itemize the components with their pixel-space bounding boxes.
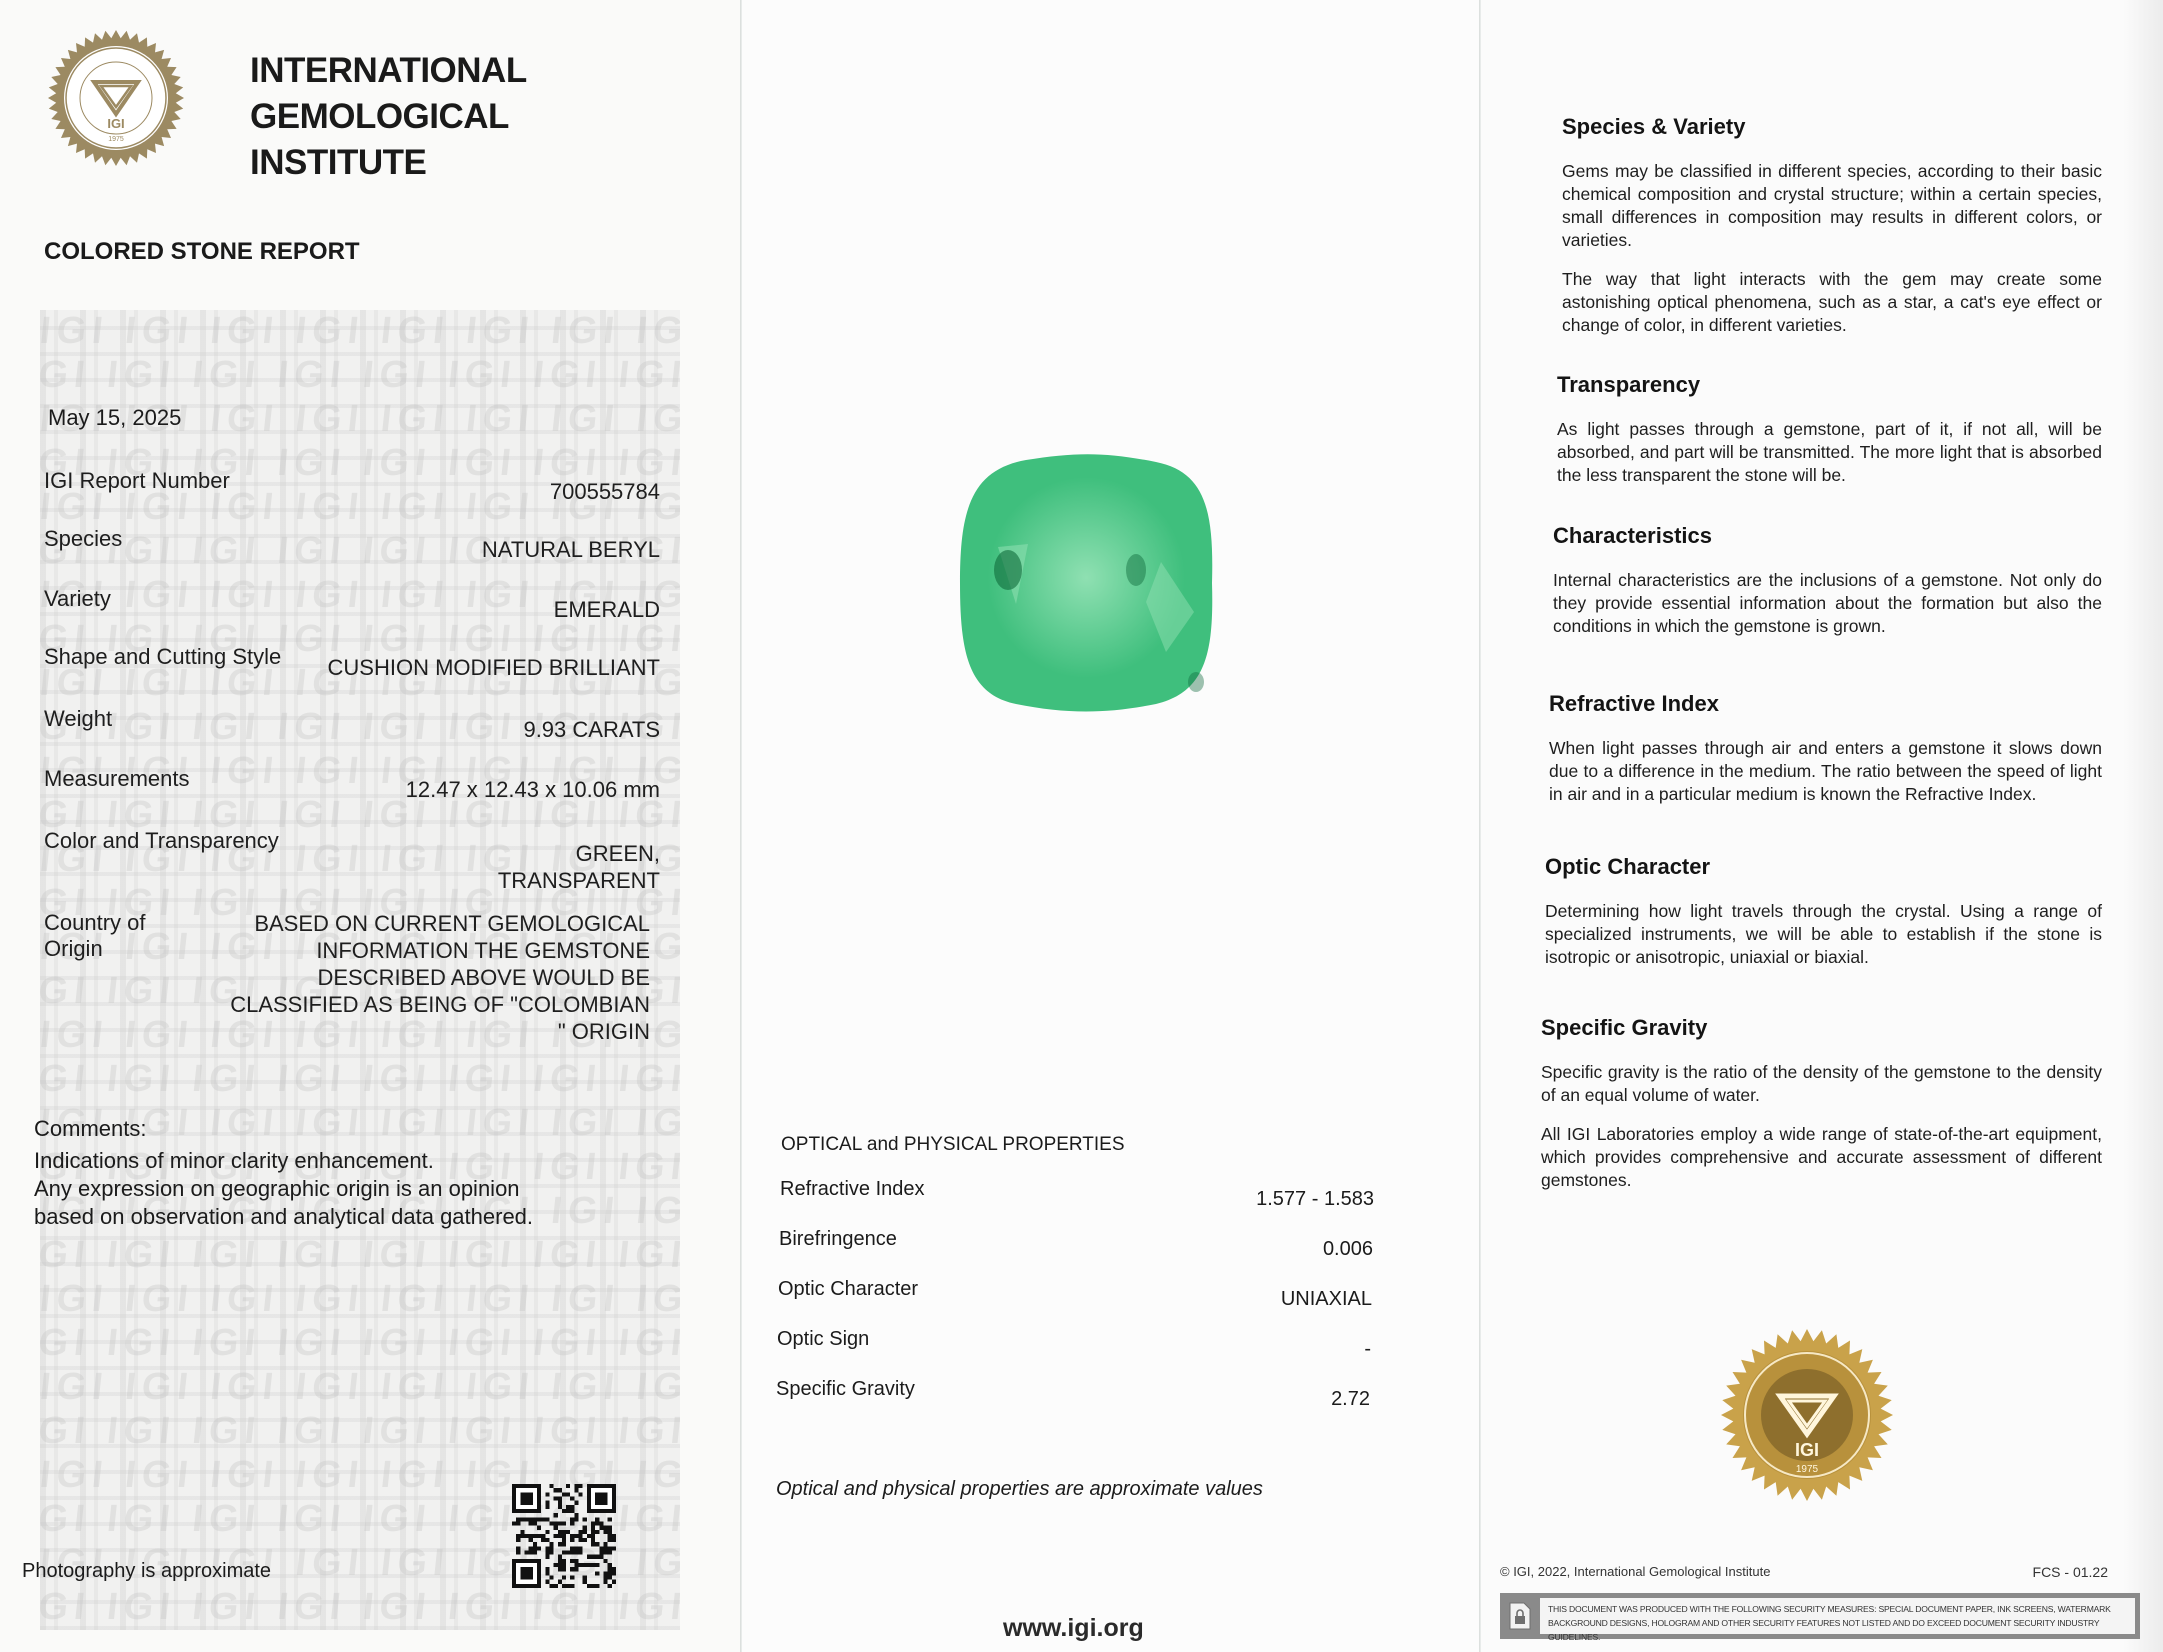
security-notice-text: THIS DOCUMENT WAS PRODUCED WITH THE FOLL…	[1540, 1598, 2135, 1634]
watermark-row: IGI IGI IGI IGI IGI IGI IGI IGI IGI IGI …	[40, 310, 680, 353]
report-field-label: Color and Transparency	[44, 828, 279, 854]
watermark-row: IGI IGI IGI IGI IGI IGI IGI IGI IGI IGI …	[40, 1234, 680, 1277]
watermark-row: IGI IGI IGI IGI IGI IGI IGI IGI IGI IGI …	[40, 1322, 680, 1365]
value-line: BASED ON CURRENT GEMOLOGICAL	[230, 910, 650, 937]
property-label: Optic Character	[778, 1278, 918, 1301]
property-value: -	[1364, 1338, 1371, 1361]
property-value: 1.577 - 1.583	[1256, 1188, 1374, 1211]
property-value: UNIAXIAL	[1281, 1288, 1372, 1311]
value-line: TRANSPARENT	[498, 867, 660, 894]
institute-name-line: GEMOLOGICAL	[250, 94, 527, 140]
igi-seal-logo-icon: IGI 1975	[46, 28, 186, 168]
report-field-value: CUSHION MODIFIED BRILLIANT	[328, 654, 660, 681]
property-label: Refractive Index	[780, 1178, 925, 1201]
glossary-heading: Characteristics	[1553, 523, 2102, 549]
website-link[interactable]: www.igi.org	[1003, 1614, 1144, 1643]
comments-title: Comments:	[34, 1115, 533, 1143]
security-line: THIS DOCUMENT WAS PRODUCED WITH THE FOLL…	[1548, 1602, 2127, 1616]
glossary-heading: Refractive Index	[1549, 691, 2102, 717]
institute-name-line: INSTITUTE	[250, 140, 527, 186]
security-notice: THIS DOCUMENT WAS PRODUCED WITH THE FOLL…	[1500, 1593, 2140, 1639]
fold-line	[1479, 0, 1481, 1652]
report-date: May 15, 2025	[48, 405, 181, 431]
property-row: Birefringence0.006	[779, 1228, 1373, 1258]
form-code: FCS - 01.22	[2033, 1564, 2108, 1580]
glossary-section: Specific GravitySpecific gravity is the …	[1541, 1015, 2102, 1208]
property-value: 0.006	[1323, 1238, 1373, 1261]
svg-text:IGI: IGI	[1795, 1440, 1819, 1460]
glossary-paragraph: When light passes through air and enters…	[1549, 737, 2102, 806]
svg-text:1975: 1975	[108, 136, 124, 143]
report-field-value: 12.47 x 12.43 x 10.06 mm	[406, 776, 660, 803]
institute-name-line: INTERNATIONAL	[250, 48, 527, 94]
svg-text:IGI: IGI	[107, 116, 124, 131]
report-title: COLORED STONE REPORT	[44, 238, 360, 266]
value-line: " ORIGIN	[230, 1018, 650, 1045]
properties-title: OPTICAL and PHYSICAL PROPERTIES	[781, 1134, 1125, 1156]
label-line: Origin	[44, 936, 146, 962]
report-field-value: 700555784	[550, 478, 660, 505]
glossary-section: Optic CharacterDetermining how light tra…	[1545, 854, 2102, 985]
property-label: Birefringence	[779, 1228, 897, 1251]
emerald-gem-photo	[956, 452, 1216, 714]
glossary-paragraph: All IGI Laboratories employ a wide range…	[1541, 1123, 2102, 1192]
property-value: 2.72	[1331, 1388, 1370, 1411]
report-field-label: IGI Report Number	[44, 468, 230, 494]
glossary-section: Species & VarietyGems may be classified …	[1562, 114, 2102, 353]
report-field-value: BASED ON CURRENT GEMOLOGICALINFORMATION …	[230, 910, 650, 1045]
watermark-row: IGI IGI IGI IGI IGI IGI IGI IGI IGI IGI …	[40, 354, 680, 397]
watermark-row: IGI IGI IGI IGI IGI IGI IGI IGI IGI IGI …	[40, 1410, 680, 1453]
report-field-label: Species	[44, 526, 122, 552]
document-lock-icon	[1508, 1601, 1532, 1631]
watermark-row: IGI IGI IGI IGI IGI IGI IGI IGI IGI IGI …	[40, 1278, 680, 1321]
institute-name: INTERNATIONAL GEMOLOGICAL INSTITUTE	[250, 48, 527, 186]
value-line: INFORMATION THE GEMSTONE	[230, 937, 650, 964]
comment-line: based on observation and analytical data…	[34, 1203, 533, 1231]
svg-text:1975: 1975	[1796, 1464, 1819, 1475]
property-row: Optic CharacterUNIAXIAL	[778, 1278, 1372, 1308]
qr-code-icon[interactable]	[512, 1484, 616, 1588]
report-field-value: NATURAL BERYL	[482, 536, 660, 563]
glossary-heading: Optic Character	[1545, 854, 2102, 880]
comments-block: Comments: Indications of minor clarity e…	[34, 1115, 533, 1231]
property-row: Optic Sign-	[777, 1328, 1371, 1358]
security-line: BACKGROUND DESIGNS, HOLOGRAM AND OTHER S…	[1548, 1616, 2127, 1644]
glossary-paragraph: Internal characteristics are the inclusi…	[1553, 569, 2102, 638]
report-field-label: Weight	[44, 706, 112, 732]
photography-note: Photography is approximate	[22, 1560, 271, 1583]
glossary-paragraph: Gems may be classified in different spec…	[1562, 160, 2102, 252]
properties-note: Optical and physical properties are appr…	[776, 1478, 1263, 1501]
report-field-label: Variety	[44, 586, 111, 612]
value-line: DESCRIBED ABOVE WOULD BE	[230, 964, 650, 991]
page-edge-shadow	[2123, 0, 2163, 1652]
glossary-section: Refractive IndexWhen light passes throug…	[1549, 691, 2102, 822]
glossary-paragraph: Specific gravity is the ratio of the den…	[1541, 1061, 2102, 1107]
report-field-label: Country ofOrigin	[44, 910, 146, 962]
glossary-section: TransparencyAs light passes through a ge…	[1557, 372, 2102, 503]
label-line: Country of	[44, 910, 146, 936]
report-field-value: GREEN,TRANSPARENT	[498, 840, 660, 894]
glossary-heading: Transparency	[1557, 372, 2102, 398]
glossary-paragraph: As light passes through a gemstone, part…	[1557, 418, 2102, 487]
glossary-paragraph: Determining how light travels through th…	[1545, 900, 2102, 969]
glossary-section: CharacteristicsInternal characteristics …	[1553, 523, 2102, 654]
fold-line	[740, 0, 742, 1652]
glossary-paragraph: The way that light interacts with the ge…	[1562, 268, 2102, 337]
value-line: GREEN,	[498, 840, 660, 867]
value-line: CLASSIFIED AS BEING OF "COLOMBIAN	[230, 991, 650, 1018]
property-label: Optic Sign	[777, 1328, 869, 1351]
property-row: Refractive Index1.577 - 1.583	[780, 1178, 1374, 1208]
watermark-row: IGI IGI IGI IGI IGI IGI IGI IGI IGI IGI …	[40, 1366, 680, 1409]
report-field-value: 9.93 CARATS	[523, 716, 660, 743]
report-field-label: Measurements	[44, 766, 190, 792]
comment-line: Indications of minor clarity enhancement…	[34, 1147, 533, 1175]
glossary-heading: Specific Gravity	[1541, 1015, 2102, 1041]
report-field-label: Shape and Cutting Style	[44, 644, 281, 670]
comment-line: Any expression on geographic origin is a…	[34, 1175, 533, 1203]
hologram-seal-icon: IGI 1975	[1718, 1326, 1896, 1504]
report-field-value: EMERALD	[554, 596, 660, 623]
glossary-heading: Species & Variety	[1562, 114, 2102, 140]
watermark-row: IGI IGI IGI IGI IGI IGI IGI IGI IGI IGI …	[40, 1586, 680, 1629]
property-row: Specific Gravity2.72	[776, 1378, 1370, 1408]
copyright-text: © IGI, 2022, International Gemological I…	[1500, 1564, 1770, 1579]
watermark-row: IGI IGI IGI IGI IGI IGI IGI IGI IGI IGI …	[40, 1058, 680, 1101]
property-label: Specific Gravity	[776, 1378, 915, 1401]
